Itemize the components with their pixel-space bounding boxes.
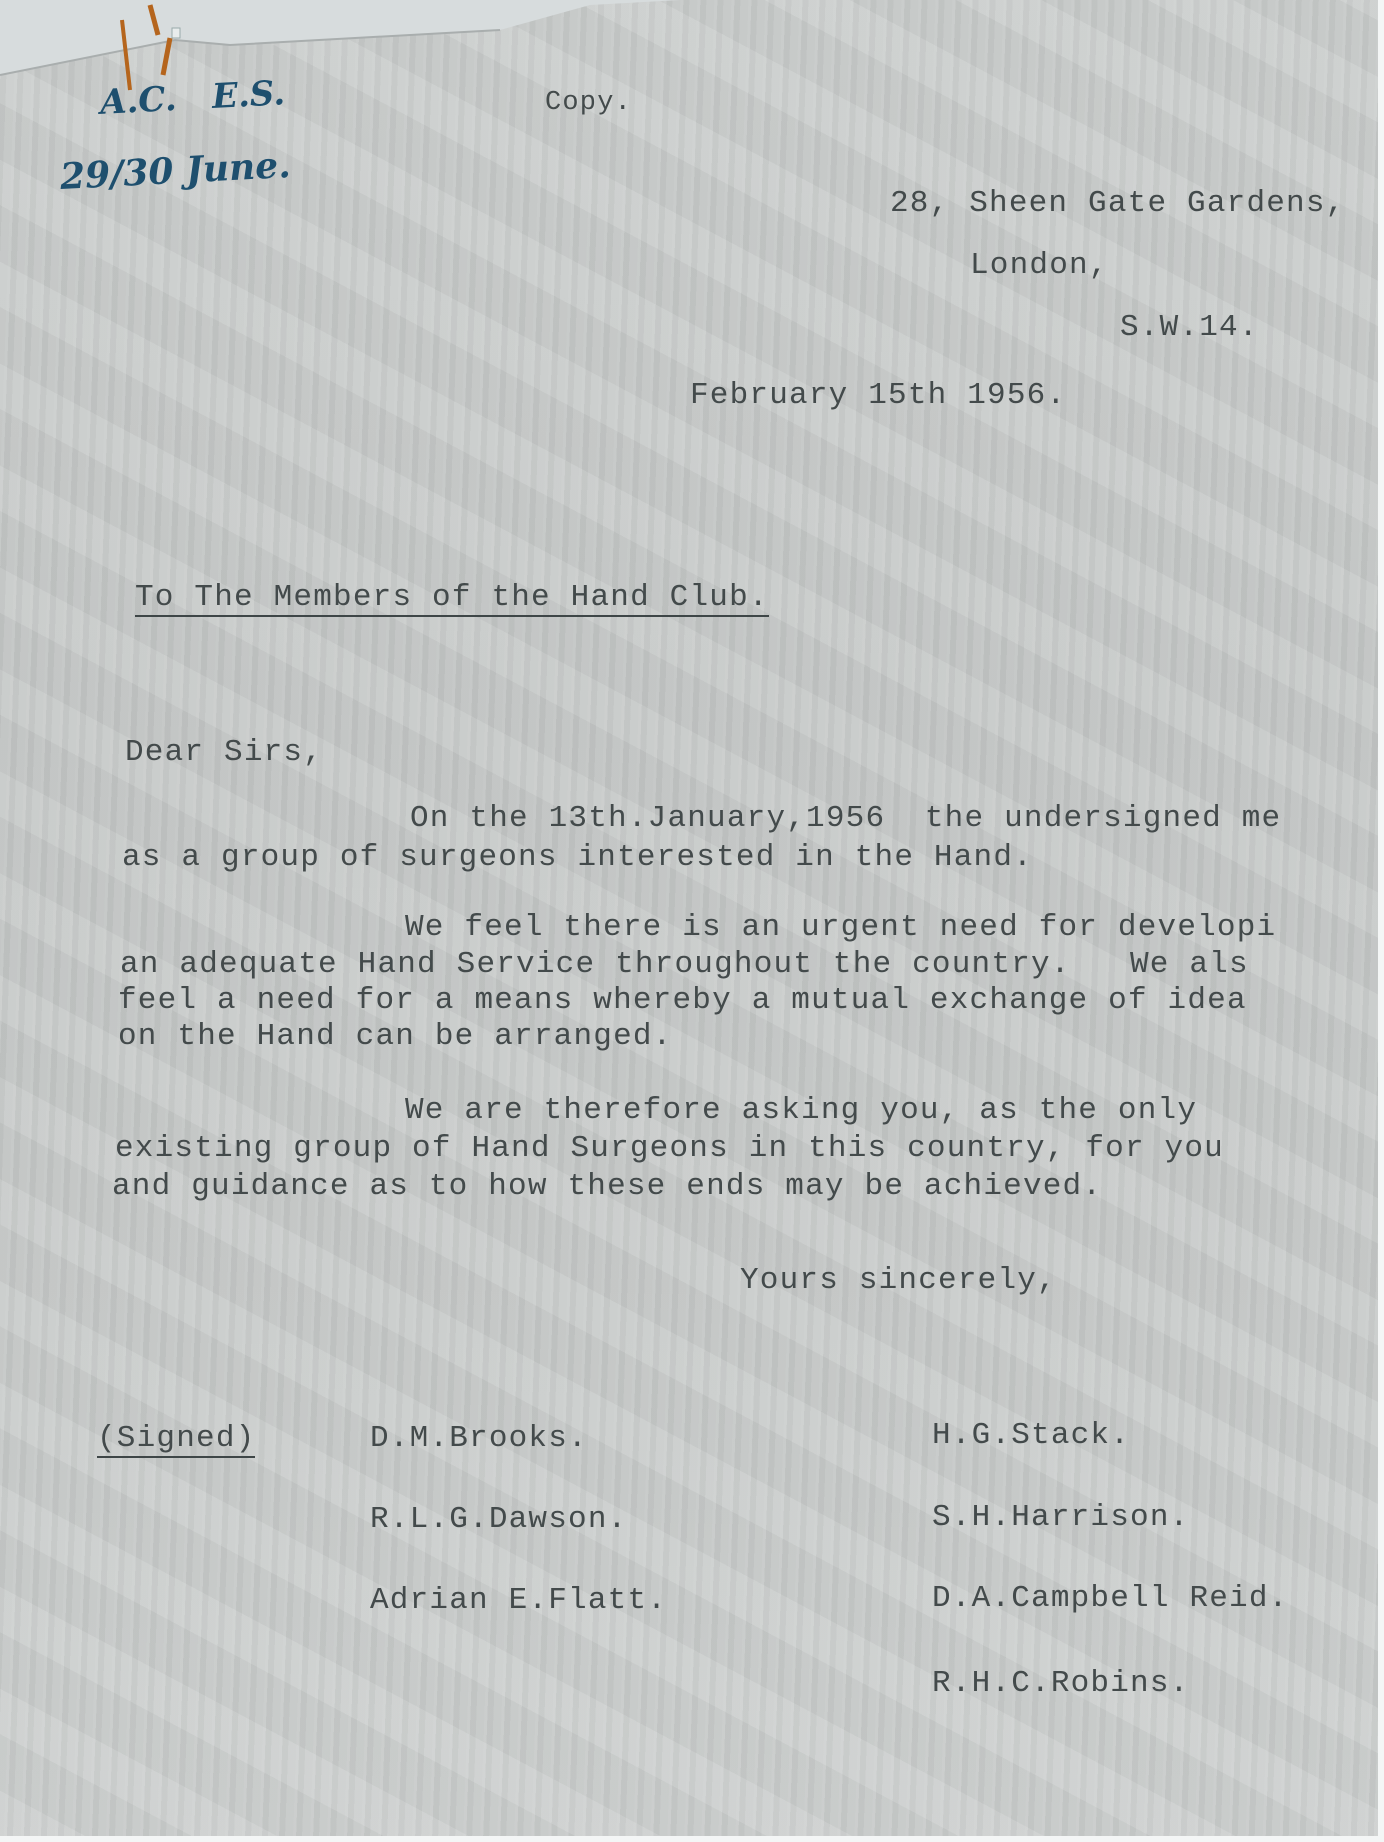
signatory-name: D.A.Campbell Reid. — [932, 1583, 1288, 1614]
paragraph-line: On the 13th.January,1956 the undersigned… — [410, 803, 1281, 834]
address-line-3: S.W.14. — [1120, 312, 1259, 343]
letter-date: February 15th 1956. — [690, 380, 1066, 411]
address-line-2: London, — [970, 250, 1109, 281]
signed-label: (Signed) — [97, 1423, 255, 1458]
address-line-1: 28, Sheen Gate Gardens, — [890, 188, 1345, 219]
letter-heading: To The Members of the Hand Club. — [135, 582, 769, 617]
paragraph-line: We are therefore asking you, as the only — [405, 1095, 1197, 1126]
paragraph-line: as a group of surgeons interested in the… — [122, 842, 1033, 873]
signatory-name: R.H.C.Robins. — [932, 1668, 1189, 1699]
paragraph-line: feel a need for a means whereby a mutual… — [118, 985, 1247, 1016]
signatory-name: S.H.Harrison. — [932, 1502, 1189, 1533]
closing: Yours sincerely, — [740, 1265, 1057, 1296]
signatory-name: Adrian E.Flatt. — [370, 1585, 667, 1616]
salutation: Dear Sirs, — [125, 737, 323, 768]
signatory-name: D.M.Brooks. — [370, 1423, 588, 1454]
paragraph-line: We feel there is an urgent need for deve… — [405, 912, 1276, 943]
paragraph-line: on the Hand can be arranged. — [118, 1021, 673, 1052]
signatory-name: H.G.Stack. — [932, 1420, 1130, 1451]
copy-label: Copy. — [545, 90, 632, 117]
paragraph-line: and guidance as to how these ends may be… — [112, 1171, 1102, 1202]
paragraph-line: an adequate Hand Service throughout the … — [120, 949, 1249, 980]
signatory-name: R.L.G.Dawson. — [370, 1504, 627, 1535]
paragraph-line: existing group of Hand Surgeons in this … — [115, 1133, 1224, 1164]
